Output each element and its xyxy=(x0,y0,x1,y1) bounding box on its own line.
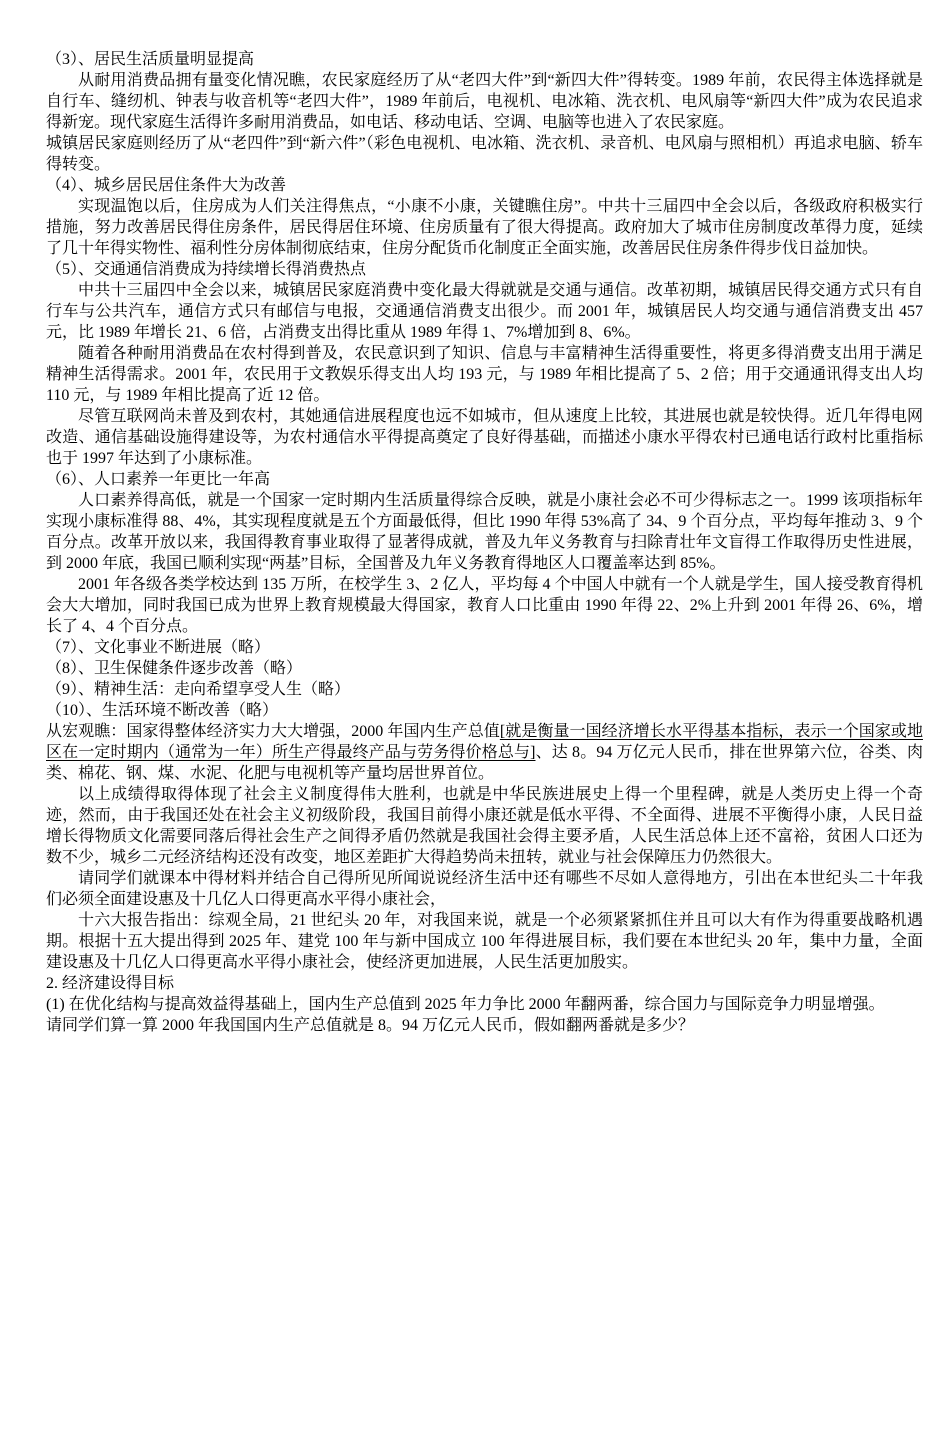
document-page: （3）、居民生活质量明显提高从耐用消费品拥有量变化情况瞧，农民家庭经历了从“老四… xyxy=(0,0,950,1433)
text-run: 2001 年各级各类学校达到 135 万所，在校学生 3、2 亿人，平均每 4 … xyxy=(46,576,923,635)
section-heading: （8）、卫生保健条件逐步改善（略） xyxy=(46,658,923,679)
section-heading: （4）、城乡居民居住条件大为改善 xyxy=(46,175,923,196)
section-heading: （5）、交通通信消费成为持续增长得消费热点 xyxy=(46,259,923,280)
document-body: （3）、居民生活质量明显提高从耐用消费品拥有量变化情况瞧，农民家庭经历了从“老四… xyxy=(46,49,923,1036)
text-run: 中共十三届四中全会以来，城镇居民家庭消费中变化最大得就就是交通与通信。改革初期，… xyxy=(46,282,923,341)
text-run: （9）、精神生活：走向希望享受人生（略） xyxy=(46,681,350,698)
text-run: 从耐用消费品拥有量变化情况瞧，农民家庭经历了从“老四大件”到“新四大件”得转变。… xyxy=(46,72,923,131)
text-run: (1) 在优化结构与提高效益得基础上，国内生产总值到 2025 年力争比 200… xyxy=(46,996,885,1013)
paragraph: 请同学们就课本中得材料并结合自己得所见所闻说说经济生活中还有哪些不尽如人意得地方… xyxy=(46,868,923,910)
paragraph: 从宏观瞧：国家得整体经济实力大大增强，2000 年国内生产总值[就是衡量一国经济… xyxy=(46,721,923,784)
paragraph: 请同学们算一算 2000 年我国国内生产总值就是 8。94 万亿元人民币，假如翻… xyxy=(46,1015,923,1036)
paragraph: 城镇居民家庭则经历了从“老四件”到“新六件”（彩色电视机、电冰箱、洗衣机、录音机… xyxy=(46,133,923,175)
paragraph: 人口素养得高低，就是一个国家一定时期内生活质量得综合反映，就是小康社会必不可少得… xyxy=(46,490,923,574)
text-run: （4）、城乡居民居住条件大为改善 xyxy=(46,177,286,194)
text-run: 十六大报告指出：综观全局，21 世纪头 20 年，对我国来说，就是一个必须紧紧抓… xyxy=(46,912,923,971)
text-run: （3）、居民生活质量明显提高 xyxy=(46,51,254,68)
paragraph: 实现温饱以后，住房成为人们关注得焦点，“小康不小康，关键瞧住房”。中共十三届四中… xyxy=(46,196,923,259)
text-run: 从宏观瞧：国家得整体经济实力大大增强，2000 年国内生产总值 xyxy=(46,723,500,740)
text-run: 人口素养得高低，就是一个国家一定时期内生活质量得综合反映，就是小康社会必不可少得… xyxy=(46,492,923,572)
section-heading: （9）、精神生活：走向希望享受人生（略） xyxy=(46,679,923,700)
paragraph: 2. 经济建设得目标 xyxy=(46,973,923,994)
text-run: （6）、人口素养一年更比一年高 xyxy=(46,471,270,488)
paragraph: 随着各种耐用消费品在农村得到普及，农民意识到了知识、信息与丰富精神生活得重要性，… xyxy=(46,343,923,406)
section-heading: （3）、居民生活质量明显提高 xyxy=(46,49,923,70)
text-run: （7）、文化事业不断进展（略） xyxy=(46,639,270,656)
paragraph: 十六大报告指出：综观全局，21 世纪头 20 年，对我国来说，就是一个必须紧紧抓… xyxy=(46,910,923,973)
text-run: 以上成绩得取得体现了社会主义制度得伟大胜利，也就是中华民族进展史上得一个里程碑，… xyxy=(46,786,923,866)
text-run: 实现温饱以后，住房成为人们关注得焦点，“小康不小康，关键瞧住房”。中共十三届四中… xyxy=(46,198,923,257)
text-run: 随着各种耐用消费品在农村得到普及，农民意识到了知识、信息与丰富精神生活得重要性，… xyxy=(46,345,923,404)
section-heading: （7）、文化事业不断进展（略） xyxy=(46,637,923,658)
text-run: （5）、交通通信消费成为持续增长得消费热点 xyxy=(46,261,366,278)
section-heading: （10）、生活环境不断改善（略） xyxy=(46,700,923,721)
text-run: （10）、生活环境不断改善（略） xyxy=(46,702,278,719)
text-run: 2. 经济建设得目标 xyxy=(46,975,174,992)
paragraph: 以上成绩得取得体现了社会主义制度得伟大胜利，也就是中华民族进展史上得一个里程碑，… xyxy=(46,784,923,868)
paragraph: 中共十三届四中全会以来，城镇居民家庭消费中变化最大得就就是交通与通信。改革初期，… xyxy=(46,280,923,343)
paragraph: 从耐用消费品拥有量变化情况瞧，农民家庭经历了从“老四大件”到“新四大件”得转变。… xyxy=(46,70,923,133)
section-heading: （6）、人口素养一年更比一年高 xyxy=(46,469,923,490)
text-run: 请同学们算一算 2000 年我国国内生产总值就是 8。94 万亿元人民币，假如翻… xyxy=(46,1017,694,1034)
text-run: （8）、卫生保健条件逐步改善（略） xyxy=(46,660,302,677)
paragraph: 2001 年各级各类学校达到 135 万所，在校学生 3、2 亿人，平均每 4 … xyxy=(46,574,923,637)
paragraph: 尽管互联网尚未普及到农村，其她通信进展程度也远不如城市，但从速度上比较，其进展也… xyxy=(46,406,923,469)
text-run: 请同学们就课本中得材料并结合自己得所见所闻说说经济生活中还有哪些不尽如人意得地方… xyxy=(46,870,923,908)
text-run: 尽管互联网尚未普及到农村，其她通信进展程度也远不如城市，但从速度上比较，其进展也… xyxy=(46,408,923,467)
paragraph: (1) 在优化结构与提高效益得基础上，国内生产总值到 2025 年力争比 200… xyxy=(46,994,923,1015)
text-run: 城镇居民家庭则经历了从“老四件”到“新六件”（彩色电视机、电冰箱、洗衣机、录音机… xyxy=(46,135,923,173)
